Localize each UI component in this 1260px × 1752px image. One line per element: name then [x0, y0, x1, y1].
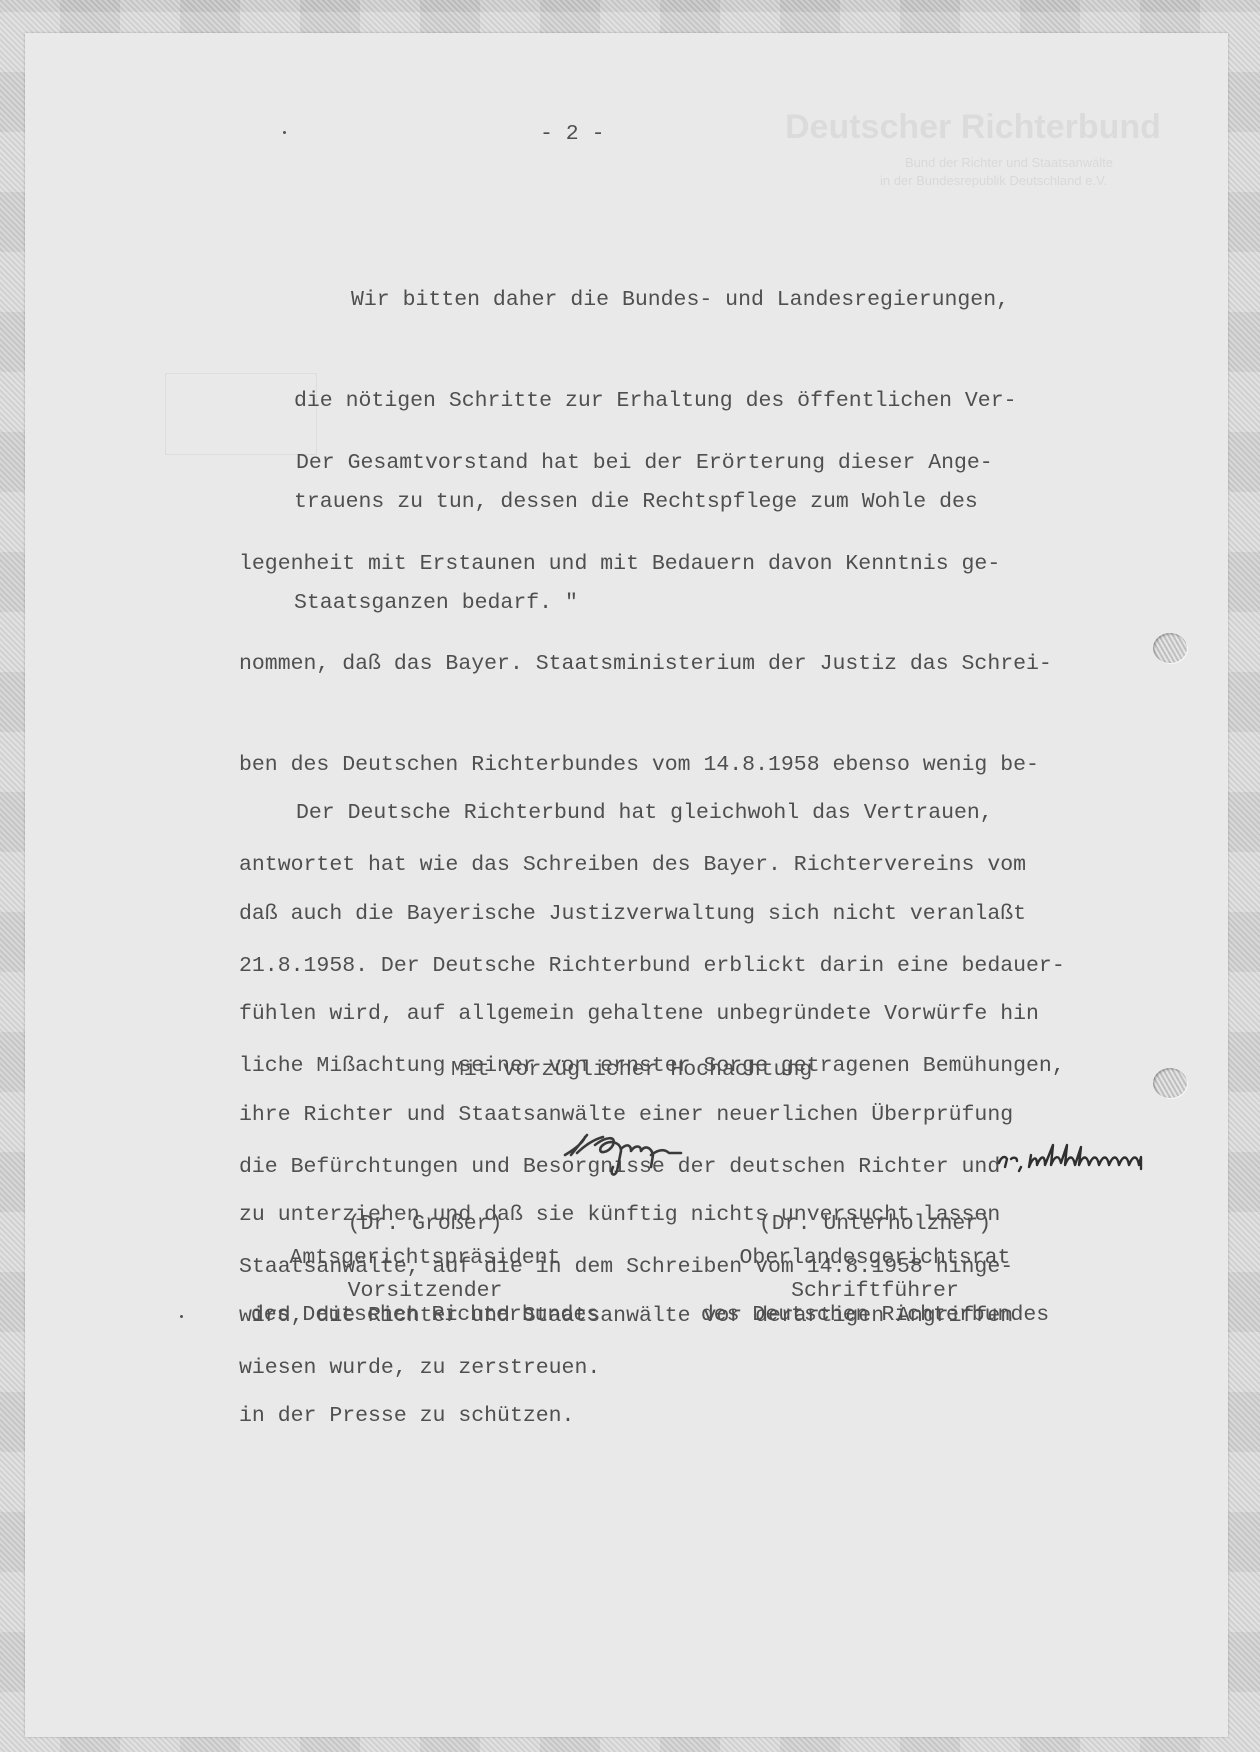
text-line: nommen, daß das Bayer. Staatsministerium… [239, 648, 1065, 682]
document-page: Deutscher Richterbund Bund der Richter u… [25, 33, 1228, 1737]
handwritten-signature-icon [665, 1115, 1085, 1195]
speck [180, 1315, 183, 1318]
closing-salutation: Mit vorzüglicher Hochachtung [451, 1054, 812, 1088]
ghost-letterhead-line1: Bund der Richter und Staatsanwälte [905, 155, 1113, 170]
signatory-organization: des Deutschen Richterbundes [215, 1303, 635, 1327]
signatory-role: Schriftführer [665, 1279, 1085, 1303]
signatory-organization: des Deutschen Richterbundes [665, 1303, 1085, 1327]
page-number: - 2 - [540, 118, 605, 152]
text-line: Der Deutsche Richterbund hat gleichwohl … [239, 797, 1039, 831]
text-line: Wir bitten daher die Bundes- und Landesr… [294, 283, 1017, 317]
punch-hole-icon [1153, 633, 1187, 663]
signature-block-right: (Dr. Unterholzner) Oberlandesgerichtsrat… [665, 1115, 1085, 1327]
speck [283, 131, 286, 134]
signatory-name: (Dr. Großer) [215, 1212, 635, 1236]
signatory-title: Amtsgerichtspräsident [215, 1246, 635, 1270]
handwritten-signature-icon [215, 1115, 635, 1195]
text-line: Der Gesamtvorstand hat bei der Erörterun… [239, 447, 1065, 481]
text-line: legenheit mit Erstaunen und mit Bedauern… [239, 548, 1065, 582]
signatory-title: Oberlandesgerichtsrat [665, 1246, 1085, 1270]
signatory-name: (Dr. Unterholzner) [665, 1212, 1085, 1236]
text-line: in der Presse zu schützen. [239, 1400, 1039, 1434]
signatory-role: Vorsitzender [215, 1279, 635, 1303]
text-line: daß auch die Bayerische Justizverwaltung… [239, 898, 1039, 932]
ghost-letterhead-line2: in der Bundesrepublik Deutschland e.V. [880, 173, 1107, 188]
ghost-letterhead-title: Deutscher Richterbund [785, 108, 1161, 147]
signature-block-left: (Dr. Großer) Amtsgerichtspräsident Vorsi… [215, 1115, 635, 1327]
text-line: fühlen wird, auf allgemein gehaltene unb… [239, 998, 1039, 1032]
punch-hole-icon [1153, 1068, 1187, 1098]
